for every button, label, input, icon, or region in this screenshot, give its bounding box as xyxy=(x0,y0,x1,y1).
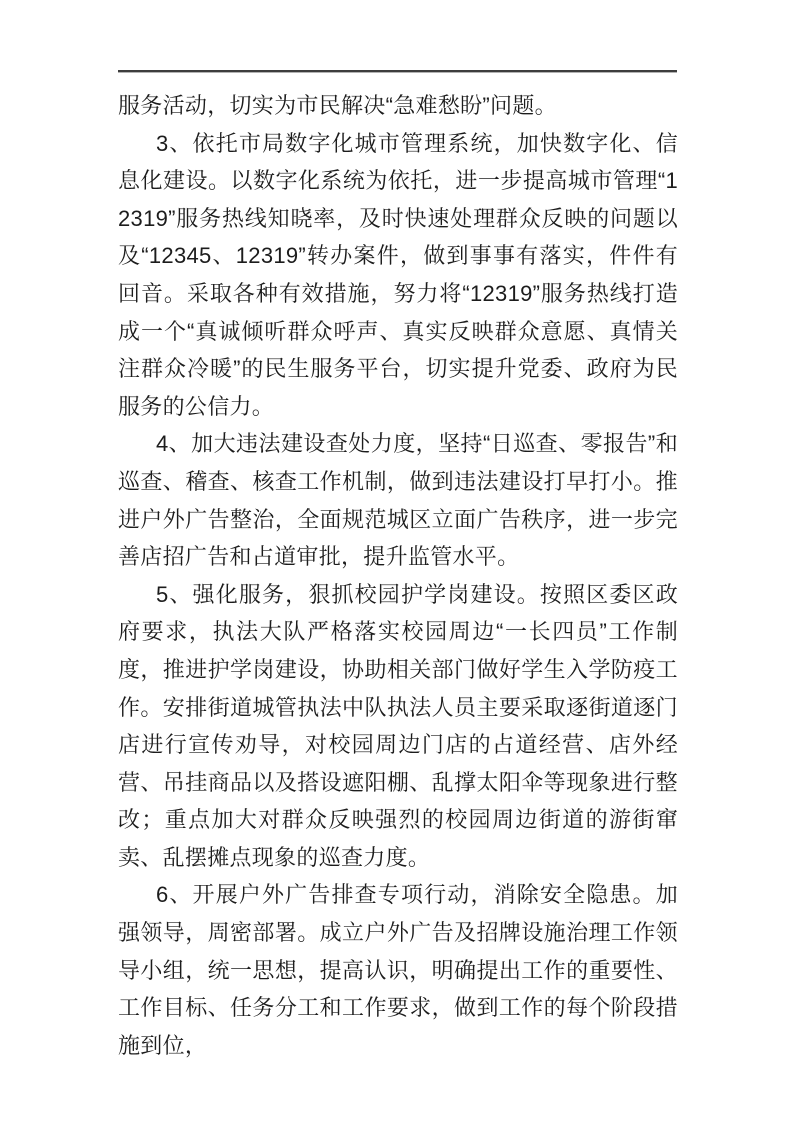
document-body: 服务活动，切实为市民解决“急难愁盼”问题。 3、依托市局数字化城市管理系统，加快… xyxy=(118,87,678,1064)
header-rule xyxy=(118,70,677,73)
paragraph-item-4: 4、加大违法建设查处力度，坚持“日巡查、零报告”和巡查、稽查、核查工作机制，做到… xyxy=(118,425,678,575)
paragraph-item-6: 6、开展户外广告排查专项行动，消除安全隐患。加强领导，周密部署。成立户外广告及招… xyxy=(118,876,678,1064)
paragraph-item-3: 3、依托市局数字化城市管理系统，加快数字化、信息化建设。以数字化系统为依托，进一… xyxy=(118,125,678,426)
paragraph-item-5: 5、强化服务，狠抓校园护学岗建设。按照区委区政府要求，执法大队严格落实校园周边“… xyxy=(118,576,678,877)
document-page: 服务活动，切实为市民解决“急难愁盼”问题。 3、依托市局数字化城市管理系统，加快… xyxy=(0,0,793,1122)
paragraph-continuation: 服务活动，切实为市民解决“急难愁盼”问题。 xyxy=(118,87,678,125)
